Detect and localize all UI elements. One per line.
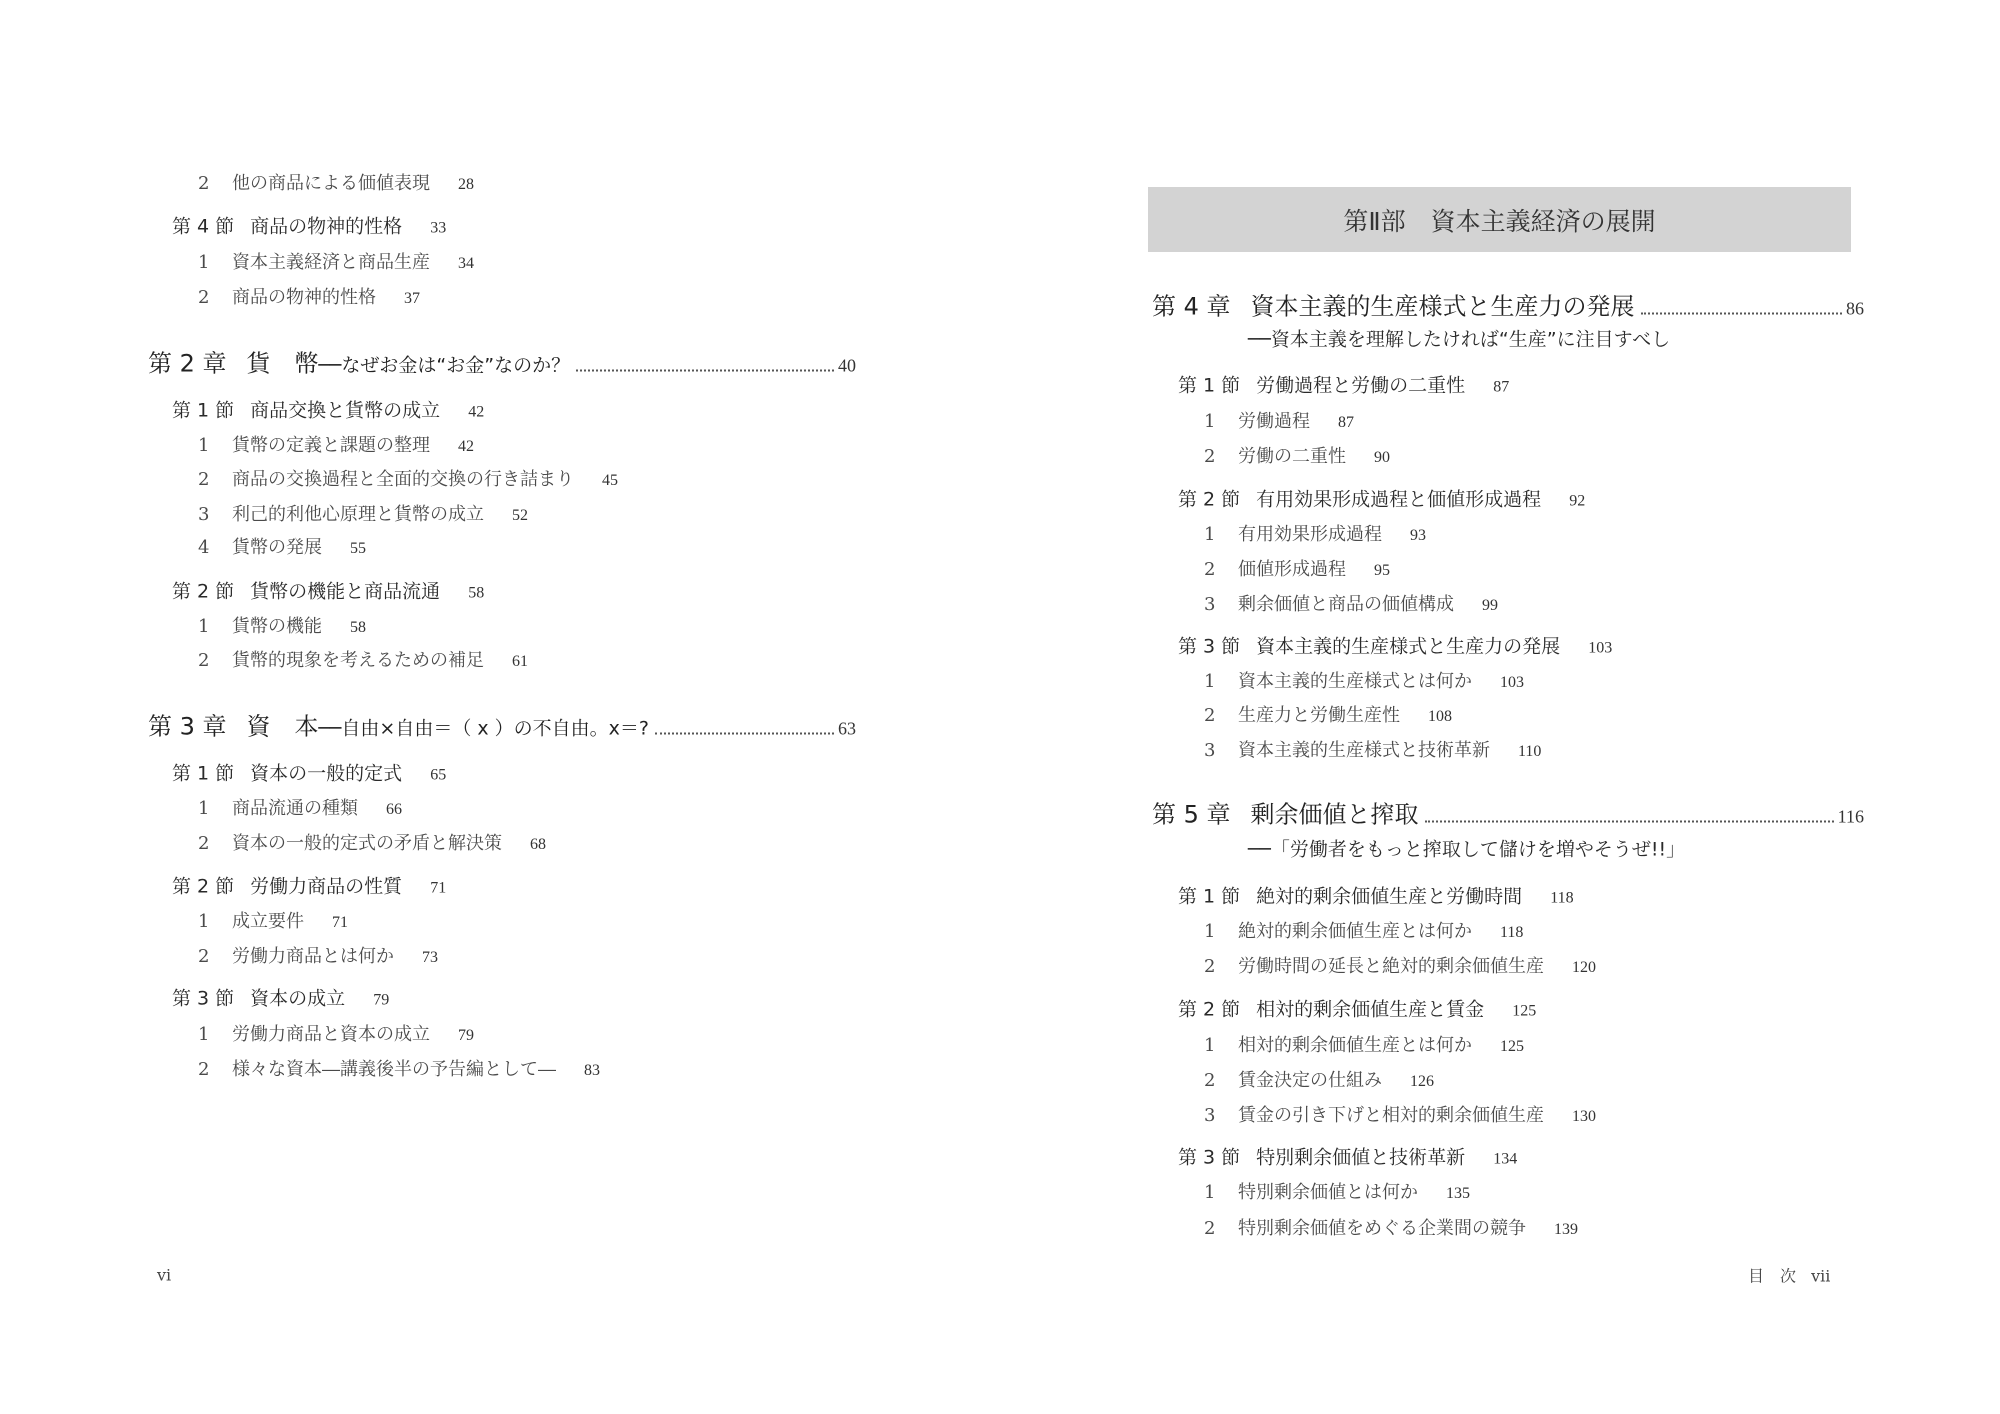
section-label: 第 1 節 bbox=[172, 765, 234, 784]
toc-item[interactable]: 1資本主義経済と商品生産34 bbox=[198, 254, 474, 272]
chapter-page: 63 bbox=[838, 720, 856, 738]
item-page: 55 bbox=[350, 540, 366, 557]
item-title: 労働力商品とは何か bbox=[232, 946, 394, 967]
toc-item[interactable]: 1特別剰余価値とは何か135 bbox=[1204, 1184, 1470, 1202]
page-number-right: vii bbox=[1811, 1267, 1830, 1286]
chapter-title: 貨 幣 bbox=[247, 352, 319, 376]
toc-item[interactable]: 2資本の一般的定式の矛盾と解決策68 bbox=[198, 835, 546, 853]
leader-dots bbox=[655, 733, 834, 735]
item-number: 2 bbox=[198, 652, 232, 670]
section-label: 第 3 節 bbox=[1178, 638, 1240, 657]
chapter-title: 剰余価値と搾取 bbox=[1251, 803, 1419, 827]
section-page: 65 bbox=[430, 767, 446, 784]
item-number: 1 bbox=[198, 254, 232, 272]
section-label: 第 2 節 bbox=[1178, 1001, 1240, 1020]
section-label: 第 4 節 bbox=[172, 218, 234, 237]
item-title: 資本主義的生産様式と技術革新 bbox=[1238, 740, 1490, 761]
chapter-title: 資本主義的生産様式と生産力の発展 bbox=[1251, 295, 1635, 319]
item-title: 利己的利他心原理と貨幣の成立 bbox=[232, 504, 484, 525]
item-number: 2 bbox=[198, 948, 232, 966]
section-title: 特別剰余価値と技術革新 bbox=[1256, 1147, 1465, 1169]
section-page: 71 bbox=[430, 880, 446, 897]
item-page: 79 bbox=[458, 1027, 474, 1044]
section-page: 103 bbox=[1588, 640, 1612, 657]
item-page: 126 bbox=[1410, 1073, 1434, 1090]
item-page: 99 bbox=[1482, 597, 1498, 614]
item-number: 2 bbox=[198, 1061, 232, 1079]
item-title: 貨幣の定義と課題の整理 bbox=[232, 435, 430, 456]
item-number: 3 bbox=[1204, 1107, 1238, 1125]
page-number-left: vi bbox=[157, 1266, 171, 1285]
toc-section[interactable]: 第 2 節有用効果形成過程と価値形成過程92 bbox=[1178, 491, 1585, 510]
item-number: 3 bbox=[1204, 596, 1238, 614]
chapter-label: 第 4 章 bbox=[1152, 295, 1231, 319]
item-page: 125 bbox=[1500, 1038, 1524, 1055]
item-title: 資本の一般的定式の矛盾と解決策 bbox=[232, 833, 502, 854]
chapter-subtitle: ──「労働者をもっと搾取して儲けを増やそうぜ!!」 bbox=[1248, 841, 1685, 860]
item-title: 資本主義的生産様式とは何か bbox=[1238, 671, 1472, 692]
section-label: 第 1 節 bbox=[1178, 377, 1240, 396]
section-title: 資本の成立 bbox=[250, 988, 345, 1010]
toc-section[interactable]: 第 1 節労働過程と労働の二重性87 bbox=[1178, 377, 1509, 396]
section-page: 118 bbox=[1550, 890, 1573, 907]
item-page: 95 bbox=[1374, 562, 1390, 579]
section-page: 42 bbox=[468, 404, 484, 421]
section-page: 125 bbox=[1512, 1003, 1536, 1020]
chapter-subtitle: ──資本主義を理解したければ“生産”に注目すべし bbox=[1248, 331, 1670, 350]
section-title: 労働過程と労働の二重性 bbox=[1256, 375, 1465, 397]
item-number: 2 bbox=[198, 835, 232, 853]
item-page: 90 bbox=[1374, 449, 1390, 466]
section-title: 資本の一般的定式 bbox=[250, 763, 402, 785]
item-title: 特別剰余価値とは何か bbox=[1238, 1182, 1418, 1203]
item-page: 110 bbox=[1518, 743, 1541, 760]
toc-section[interactable]: 第 3 節資本の成立79 bbox=[172, 990, 389, 1009]
chapter-subtitle: ──なぜお金は“お金”なのか？ bbox=[319, 357, 571, 376]
item-number: 2 bbox=[198, 175, 232, 193]
toc-item[interactable]: 2労働時間の延長と絶対的剰余価値生産120 bbox=[1204, 958, 1596, 976]
item-title: 商品の交換過程と全面的交換の行き詰まり bbox=[232, 469, 574, 490]
item-title: 商品の物神的性格 bbox=[232, 287, 376, 308]
toc-item[interactable]: 1貨幣の機能58 bbox=[198, 618, 366, 636]
part-title: 第Ⅱ部 資本主義経済の展開 bbox=[1343, 202, 1655, 238]
chapter-title: 資 本 bbox=[247, 715, 319, 739]
item-page: 52 bbox=[512, 507, 528, 524]
section-label: 第 3 節 bbox=[1178, 1149, 1240, 1168]
item-title: 賃金決定の仕組み bbox=[1238, 1070, 1382, 1091]
toc-item[interactable]: 2貨幣的現象を考えるための補足61 bbox=[198, 652, 528, 670]
section-label: 第 3 節 bbox=[172, 990, 234, 1009]
toc-item[interactable]: 2商品の交換過程と全面的交換の行き詰まり45 bbox=[198, 471, 618, 489]
toc-item[interactable]: 1労働力商品と資本の成立79 bbox=[198, 1026, 474, 1044]
item-page: 37 bbox=[404, 290, 420, 307]
item-page: 61 bbox=[512, 653, 528, 670]
toc-section[interactable]: 第 1 節資本の一般的定式65 bbox=[172, 765, 446, 784]
item-title: 貨幣的現象を考えるための補足 bbox=[232, 650, 484, 671]
toc-item[interactable]: 1商品流通の種類66 bbox=[198, 800, 402, 818]
section-title: 相対的剰余価値生産と賃金 bbox=[1256, 999, 1484, 1021]
item-title: 貨幣の発展 bbox=[232, 537, 322, 558]
section-title: 商品の物神的性格 bbox=[250, 216, 402, 238]
item-title: 生産力と労働生産性 bbox=[1238, 705, 1400, 726]
chapter-page: 40 bbox=[838, 357, 856, 375]
toc-item[interactable]: 3利己的利他心原理と貨幣の成立52 bbox=[198, 506, 528, 524]
item-page: 73 bbox=[422, 949, 438, 966]
item-number: 3 bbox=[1204, 742, 1238, 760]
toc-item[interactable]: 1成立要件71 bbox=[198, 913, 348, 931]
part-heading[interactable]: 第Ⅱ部 資本主義経済の展開 bbox=[1148, 187, 1851, 252]
item-title: 商品流通の種類 bbox=[232, 798, 358, 819]
item-number: 1 bbox=[1204, 673, 1238, 691]
section-page: 33 bbox=[430, 220, 446, 237]
item-number: 2 bbox=[1204, 707, 1238, 725]
item-number: 1 bbox=[1204, 1184, 1238, 1202]
toc-item[interactable]: 1貨幣の定義と課題の整理42 bbox=[198, 437, 474, 455]
chapter-subtitle: ──自由×自由＝（ x ）の不自由。x＝? bbox=[319, 720, 649, 739]
leader-dots bbox=[576, 370, 834, 372]
item-number: 1 bbox=[198, 1026, 232, 1044]
item-title: 賃金の引き下げと相対的剰余価値生産 bbox=[1238, 1105, 1544, 1126]
section-page: 79 bbox=[373, 992, 389, 1009]
toc-item[interactable]: 3剰余価値と商品の価値構成99 bbox=[1204, 596, 1498, 614]
item-page: 103 bbox=[1500, 674, 1524, 691]
chapter-label: 第 3 章 bbox=[148, 715, 227, 739]
toc-item[interactable]: 3賃金の引き下げと相対的剰余価値生産130 bbox=[1204, 1107, 1596, 1125]
section-label: 第 2 節 bbox=[172, 878, 234, 897]
section-title: 有用効果形成過程と価値形成過程 bbox=[1256, 489, 1541, 511]
item-page: 83 bbox=[584, 1062, 600, 1079]
toc-item[interactable]: 2様々な資本―講義後半の予告編として―83 bbox=[198, 1061, 600, 1079]
toc-chapter[interactable]: 第 4 章資本主義的生産様式と生産力の発展86 bbox=[1152, 295, 1864, 320]
toc-item[interactable]: 2商品の物神的性格37 bbox=[198, 289, 420, 307]
leader-dots bbox=[1425, 821, 1834, 823]
item-number: 2 bbox=[198, 289, 232, 307]
item-title: 労働力商品と資本の成立 bbox=[232, 1024, 430, 1045]
toc-item[interactable]: 1有用効果形成過程93 bbox=[1204, 526, 1426, 544]
item-title: 剰余価値と商品の価値構成 bbox=[1238, 594, 1454, 615]
item-title: 資本主義経済と商品生産 bbox=[232, 252, 430, 273]
item-title: 労働過程 bbox=[1238, 411, 1310, 432]
item-number: 1 bbox=[198, 913, 232, 931]
item-title: 貨幣の機能 bbox=[232, 616, 322, 637]
toc-section[interactable]: 第 2 節相対的剰余価値生産と賃金125 bbox=[1178, 1001, 1536, 1020]
section-page: 92 bbox=[1569, 493, 1585, 510]
toc-section[interactable]: 第 2 節労働力商品の性質71 bbox=[172, 878, 446, 897]
item-page: 45 bbox=[602, 472, 618, 489]
running-footer-right: 目 次 vii bbox=[1748, 1264, 1830, 1287]
item-page: 87 bbox=[1338, 414, 1354, 431]
toc-item[interactable]: 2特別剰余価値をめぐる企業間の競争139 bbox=[1204, 1220, 1578, 1238]
item-title: 様々な資本―講義後半の予告編として― bbox=[232, 1059, 556, 1080]
item-number: 1 bbox=[198, 800, 232, 818]
item-number: 2 bbox=[1204, 1220, 1238, 1238]
toc-item[interactable]: 2労働の二重性90 bbox=[1204, 448, 1390, 466]
item-page: 66 bbox=[386, 801, 402, 818]
item-number: 3 bbox=[198, 506, 232, 524]
item-page: 68 bbox=[530, 836, 546, 853]
section-label: 第 2 節 bbox=[1178, 491, 1240, 510]
toc-chapter[interactable]: 第 3 章資 本──自由×自由＝（ x ）の不自由。x＝?63 bbox=[148, 715, 856, 740]
section-title: 資本主義的生産様式と生産力の発展 bbox=[1256, 636, 1560, 658]
footer-label: 目 次 bbox=[1748, 1267, 1796, 1286]
item-number: 1 bbox=[1204, 413, 1238, 431]
toc-item[interactable]: 2生産力と労働生産性108 bbox=[1204, 707, 1452, 725]
toc-item[interactable]: 2他の商品による価値表現28 bbox=[198, 175, 474, 193]
section-label: 第 1 節 bbox=[1178, 888, 1240, 907]
section-page: 58 bbox=[468, 585, 484, 602]
toc-item[interactable]: 1労働過程87 bbox=[1204, 413, 1354, 431]
chapter-page: 86 bbox=[1846, 300, 1864, 318]
item-title: 有用効果形成過程 bbox=[1238, 524, 1382, 545]
item-number: 1 bbox=[1204, 526, 1238, 544]
toc-item[interactable]: 2賃金決定の仕組み126 bbox=[1204, 1072, 1434, 1090]
section-title: 労働力商品の性質 bbox=[250, 876, 402, 898]
item-page: 71 bbox=[332, 914, 348, 931]
section-title: 絶対的剰余価値生産と労働時間 bbox=[1256, 886, 1522, 908]
item-page: 120 bbox=[1572, 959, 1596, 976]
section-page: 87 bbox=[1493, 379, 1509, 396]
item-page: 139 bbox=[1554, 1221, 1578, 1238]
item-page: 42 bbox=[458, 438, 474, 455]
leader-dots bbox=[1641, 313, 1842, 315]
chapter-page: 116 bbox=[1838, 808, 1864, 826]
item-number: 1 bbox=[198, 618, 232, 636]
item-title: 価値形成過程 bbox=[1238, 559, 1346, 580]
item-number: 2 bbox=[1204, 561, 1238, 579]
section-title: 貨幣の機能と商品流通 bbox=[250, 581, 440, 603]
toc-chapter[interactable]: 第 2 章貨 幣──なぜお金は“お金”なのか？40 bbox=[148, 352, 856, 377]
chapter-label: 第 2 章 bbox=[148, 352, 227, 376]
item-title: 他の商品による価値表現 bbox=[232, 173, 430, 194]
item-page: 135 bbox=[1446, 1185, 1470, 1202]
item-title: 成立要件 bbox=[232, 911, 304, 932]
item-title: 相対的剰余価値生産とは何か bbox=[1238, 1035, 1472, 1056]
item-number: 2 bbox=[1204, 1072, 1238, 1090]
item-number: 4 bbox=[198, 539, 232, 557]
toc-section[interactable]: 第 3 節特別剰余価値と技術革新134 bbox=[1178, 1149, 1517, 1168]
item-number: 1 bbox=[1204, 1037, 1238, 1055]
toc-item[interactable]: 1絶対的剰余価値生産とは何か118 bbox=[1204, 923, 1523, 941]
item-title: 労働時間の延長と絶対的剰余価値生産 bbox=[1238, 956, 1544, 977]
section-label: 第 1 節 bbox=[172, 402, 234, 421]
toc-section[interactable]: 第 2 節貨幣の機能と商品流通58 bbox=[172, 583, 484, 602]
item-page: 130 bbox=[1572, 1108, 1596, 1125]
item-page: 58 bbox=[350, 619, 366, 636]
item-title: 絶対的剰余価値生産とは何か bbox=[1238, 921, 1472, 942]
section-label: 第 2 節 bbox=[172, 583, 234, 602]
item-number: 1 bbox=[1204, 923, 1238, 941]
item-title: 特別剰余価値をめぐる企業間の競争 bbox=[1238, 1218, 1526, 1239]
toc-item[interactable]: 1資本主義的生産様式とは何か103 bbox=[1204, 673, 1524, 691]
section-title: 商品交換と貨幣の成立 bbox=[250, 400, 440, 422]
item-page: 118 bbox=[1500, 924, 1523, 941]
toc-item[interactable]: 1相対的剰余価値生産とは何か125 bbox=[1204, 1037, 1524, 1055]
item-number: 2 bbox=[1204, 958, 1238, 976]
item-number: 2 bbox=[1204, 448, 1238, 466]
item-page: 108 bbox=[1428, 708, 1452, 725]
item-page: 34 bbox=[458, 255, 474, 272]
section-page: 134 bbox=[1493, 1151, 1517, 1168]
item-title: 労働の二重性 bbox=[1238, 446, 1346, 467]
toc-item[interactable]: 3資本主義的生産様式と技術革新110 bbox=[1204, 742, 1541, 760]
toc-section[interactable]: 第 1 節商品交換と貨幣の成立42 bbox=[172, 402, 484, 421]
toc-item[interactable]: 2価値形成過程95 bbox=[1204, 561, 1390, 579]
toc-item[interactable]: 4貨幣の発展55 bbox=[198, 539, 366, 557]
toc-section[interactable]: 第 3 節資本主義的生産様式と生産力の発展103 bbox=[1178, 638, 1612, 657]
item-page: 28 bbox=[458, 176, 474, 193]
toc-section[interactable]: 第 1 節絶対的剰余価値生産と労働時間118 bbox=[1178, 888, 1574, 907]
toc-chapter[interactable]: 第 5 章剰余価値と搾取116 bbox=[1152, 803, 1864, 828]
chapter-label: 第 5 章 bbox=[1152, 803, 1231, 827]
item-number: 1 bbox=[198, 437, 232, 455]
item-number: 2 bbox=[198, 471, 232, 489]
item-page: 93 bbox=[1410, 527, 1426, 544]
toc-item[interactable]: 2労働力商品とは何か73 bbox=[198, 948, 438, 966]
toc-section[interactable]: 第 4 節商品の物神的性格33 bbox=[172, 218, 446, 237]
